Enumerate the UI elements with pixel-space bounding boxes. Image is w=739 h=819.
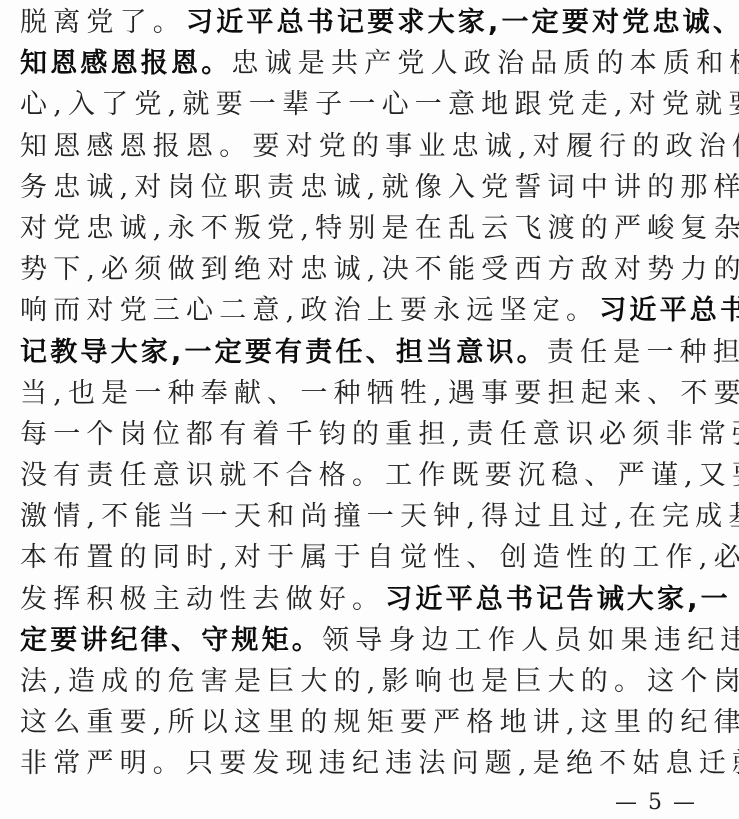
text-line-16: 定要讲纪律、守规矩。领导身边工作人员如果违纪违 xyxy=(20,620,732,661)
text-segment: 法,造成的危害是巨大的,影响也是巨大的。这个岗位 xyxy=(20,666,739,697)
text-segment: 这么重要,所以这里的规矩要严格地讲,这里的纪律要 xyxy=(20,707,739,738)
text-line-7: 势下,必须做到绝对忠诚,决不能受西方敌对势力的影 xyxy=(20,249,732,290)
emphasis-segment: 习近平总书记要求大家,一定要对党忠诚、 xyxy=(186,7,739,38)
text-line-17: 法,造成的危害是巨大的,影响也是巨大的。这个岗位 xyxy=(20,661,732,702)
text-segment: 本布置的同时,对于属于自觉性、创造性的工作,必须 xyxy=(20,542,739,573)
text-segment: 每一个岗位都有着千钧的重担,责任意识必须非常强, xyxy=(20,419,739,450)
text-segment: 心,入了党,就要一辈子一心一意地跟党走,对党就要 xyxy=(20,89,739,120)
text-segment: 务忠诚,对岗位职责忠诚,就像入党誓词中讲的那样, xyxy=(20,172,739,203)
text-line-4: 知恩感恩报恩。要对党的事业忠诚,对履行的政治任 xyxy=(20,126,732,167)
emphasis-segment: 定要讲纪律、守规矩。 xyxy=(20,625,322,656)
text-segment: 知恩感恩报恩。要对党的事业忠诚,对履行的政治任 xyxy=(20,131,739,162)
text-segment: 发挥积极主动性去做好。 xyxy=(20,584,385,615)
text-segment: 没有责任意识就不合格。工作既要沉稳、严谨,又要有 xyxy=(20,460,739,491)
text-line-13: 激情,不能当一天和尚撞一天钟,得过且过,在完成基 xyxy=(20,496,732,537)
emphasis-segment: 知恩感恩报恩。 xyxy=(20,48,231,79)
text-segment: 非常严明。只要发现违纪违法问题,是绝不姑息迁就 xyxy=(20,748,739,779)
page-number: — 5 — xyxy=(615,790,697,815)
text-line-19: 非常严明。只要发现违纪违法问题,是绝不姑息迁就 xyxy=(20,743,732,784)
emphasis-segment: 习近平总书记告诫大家,一 xyxy=(385,584,731,615)
text-segment: 脱离党了。 xyxy=(20,7,186,38)
emphasis-segment: 记教导大家,一定要有责任、担当意识。 xyxy=(20,337,547,368)
text-segment: 响而对党三心二意,政治上要永远坚定。 xyxy=(20,295,599,326)
document-page: 脱离党了。习近平总书记要求大家,一定要对党忠诚、 知恩感恩报恩。忠诚是共产党人政… xyxy=(0,0,739,819)
body-text: 脱离党了。习近平总书记要求大家,一定要对党忠诚、 知恩感恩报恩。忠诚是共产党人政… xyxy=(20,2,732,785)
text-line-3: 心,入了党,就要一辈子一心一意地跟党走,对党就要 xyxy=(20,84,732,125)
text-line-1: 脱离党了。习近平总书记要求大家,一定要对党忠诚、 xyxy=(20,2,732,43)
text-line-18: 这么重要,所以这里的规矩要严格地讲,这里的纪律要 xyxy=(20,702,732,743)
text-line-11: 每一个岗位都有着千钧的重担,责任意识必须非常强, xyxy=(20,414,732,455)
text-line-6: 对党忠诚,永不叛党,特别是在乱云飞渡的严峻复杂形 xyxy=(20,208,732,249)
emphasis-segment: 习近平总书 xyxy=(599,295,739,326)
text-segment: 责任是一种担 xyxy=(547,337,739,368)
text-line-5: 务忠诚,对岗位职责忠诚,就像入党誓词中讲的那样, xyxy=(20,167,732,208)
text-line-15: 发挥积极主动性去做好。习近平总书记告诫大家,一 xyxy=(20,579,732,620)
text-segment: 忠诚是共产党人政治品质的本质和核 xyxy=(231,48,739,79)
text-segment: 势下,必须做到绝对忠诚,决不能受西方敌对势力的影 xyxy=(20,254,739,285)
text-line-9: 记教导大家,一定要有责任、担当意识。责任是一种担 xyxy=(20,332,732,373)
text-line-14: 本布置的同时,对于属于自觉性、创造性的工作,必须 xyxy=(20,537,732,578)
text-segment: 激情,不能当一天和尚撞一天钟,得过且过,在完成基 xyxy=(20,501,739,532)
text-line-12: 没有责任意识就不合格。工作既要沉稳、严谨,又要有 xyxy=(20,455,732,496)
text-line-2: 知恩感恩报恩。忠诚是共产党人政治品质的本质和核 xyxy=(20,43,732,84)
text-segment: 领导身边工作人员如果违纪违 xyxy=(322,625,739,656)
text-line-8: 响而对党三心二意,政治上要永远坚定。习近平总书 xyxy=(20,290,732,331)
text-segment: 当,也是一种奉献、一种牺牲,遇事要担起来、不要躲。 xyxy=(20,378,739,409)
text-segment: 对党忠诚,永不叛党,特别是在乱云飞渡的严峻复杂形 xyxy=(20,213,739,244)
text-line-10: 当,也是一种奉献、一种牺牲,遇事要担起来、不要躲。 xyxy=(20,373,732,414)
